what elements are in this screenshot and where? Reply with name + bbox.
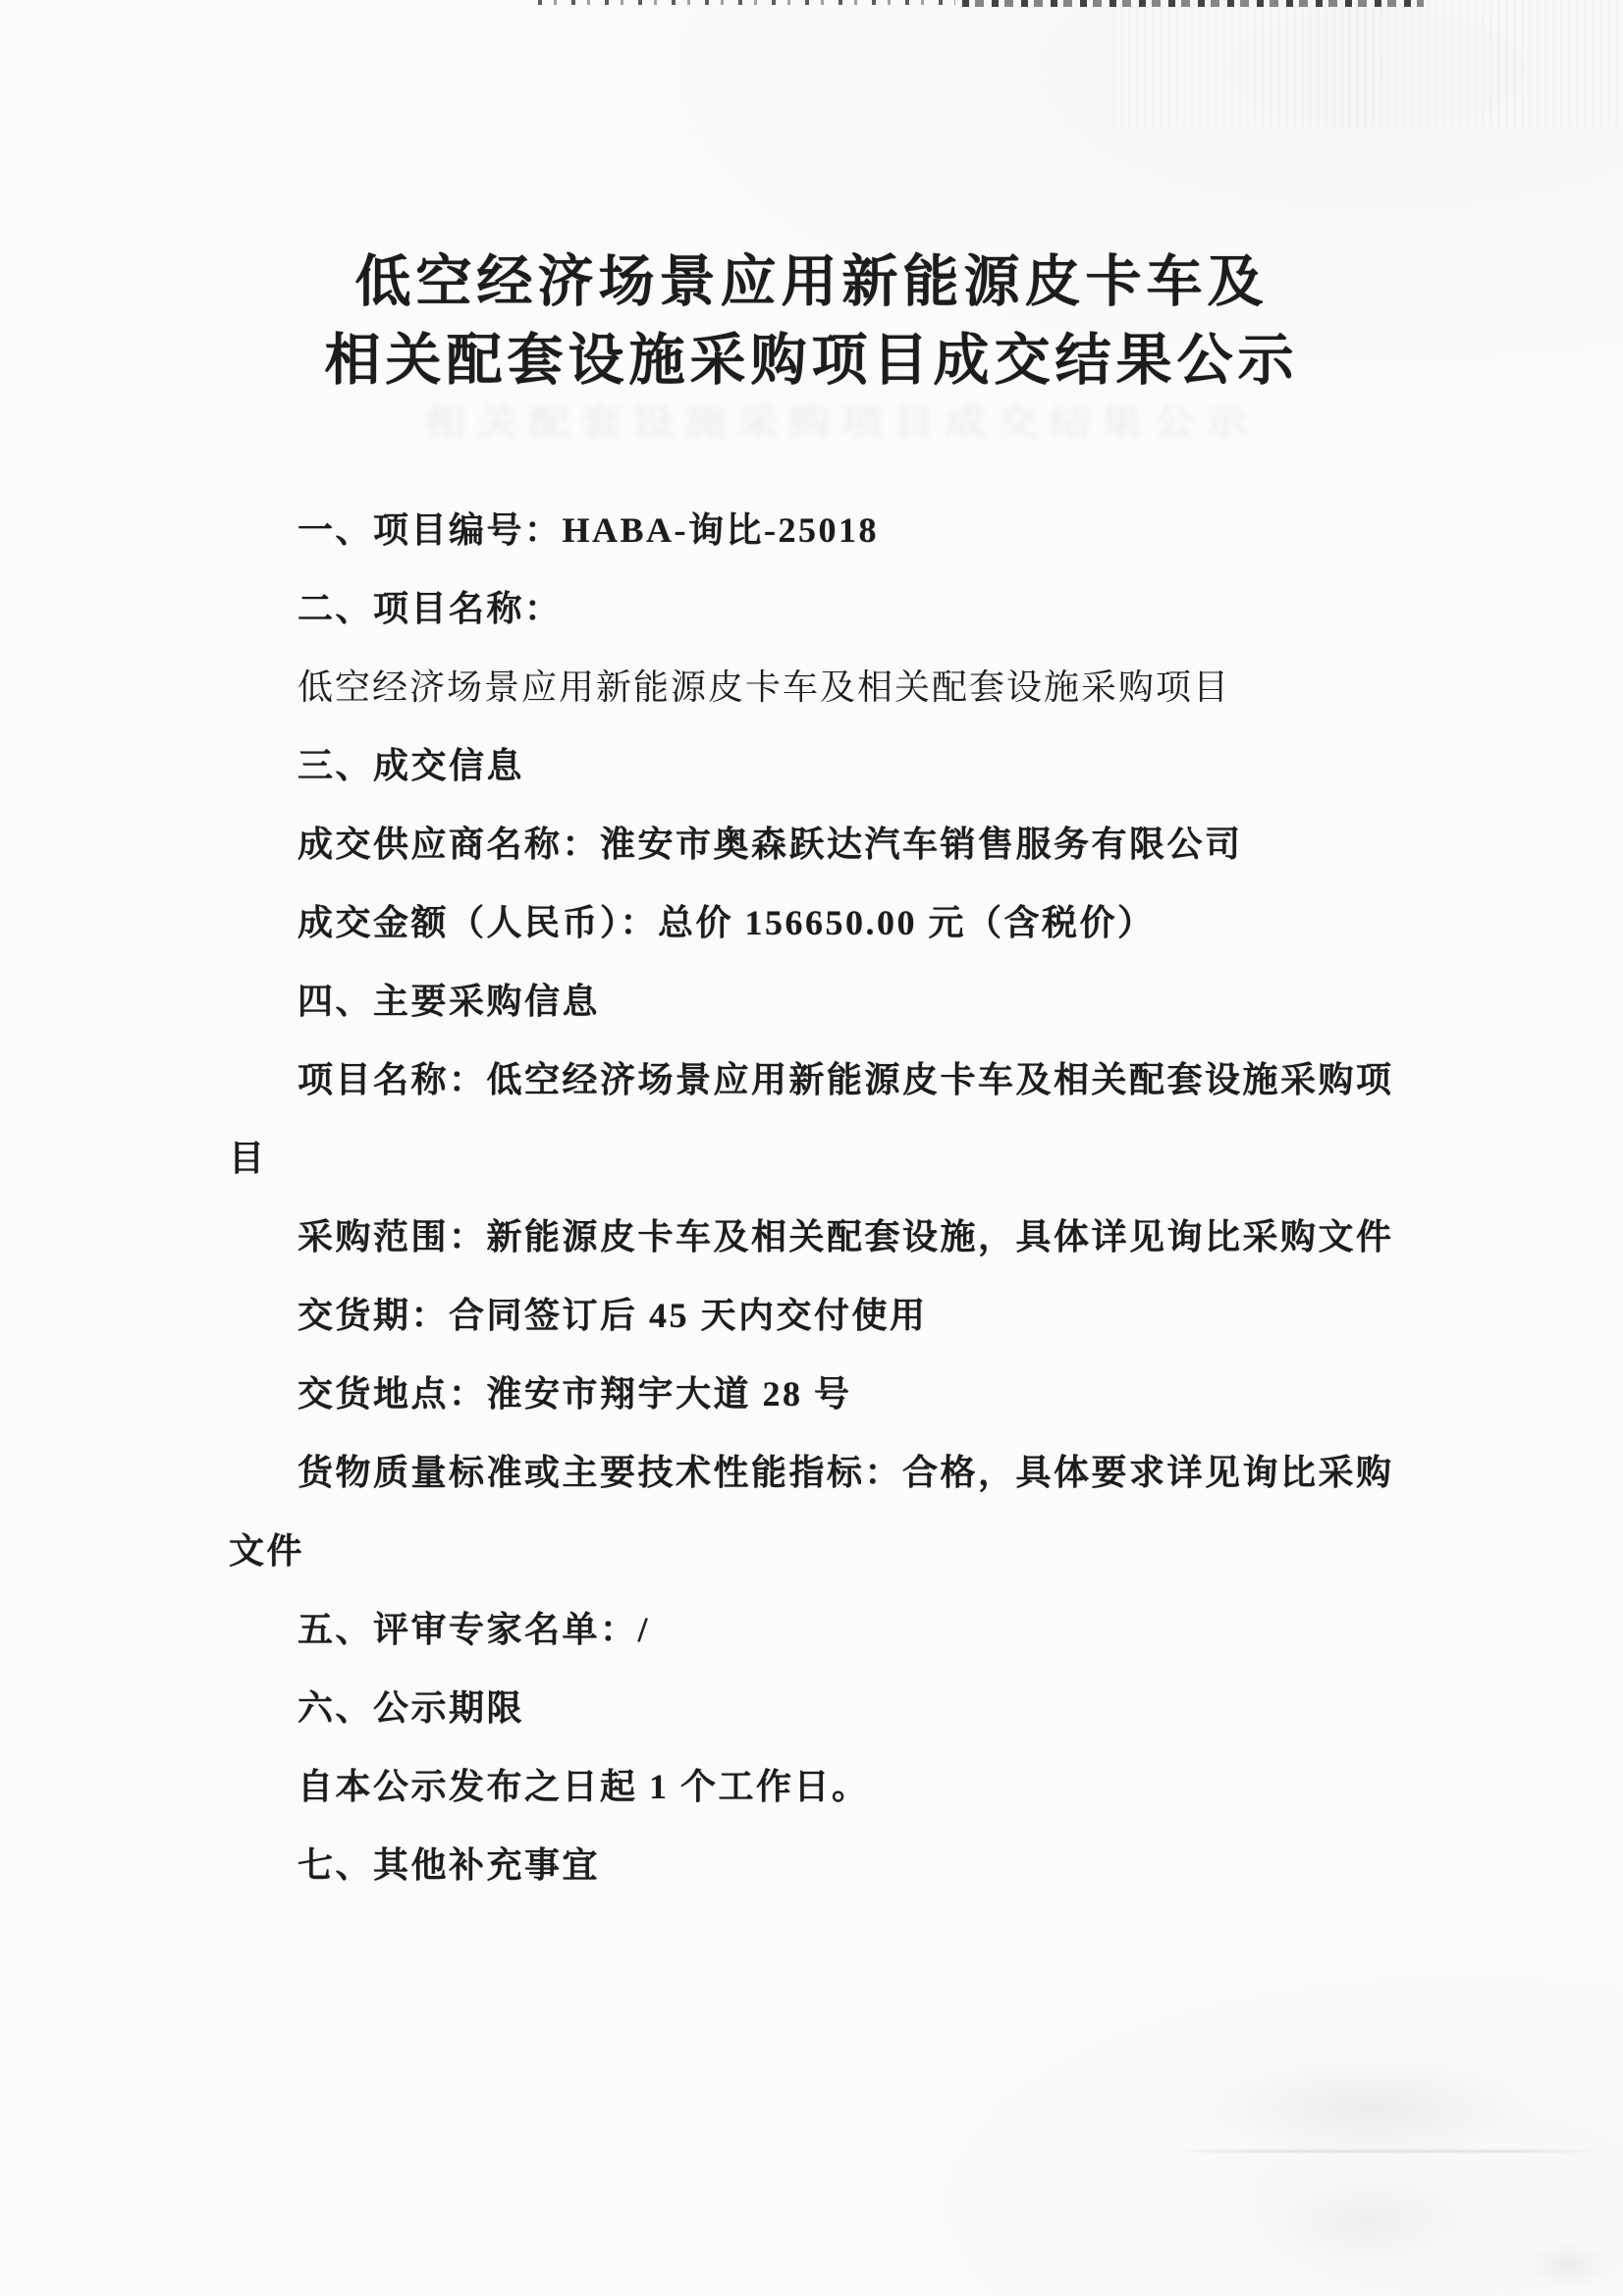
line-procurement-project-name-1: 项目名称：低空经济场景应用新能源皮卡车及相关配套设施采购项 <box>229 1041 1505 1119</box>
document-title-line-1: 低空经济场景应用新能源皮卡车及 <box>0 243 1623 322</box>
line-delivery-place: 交货地点：淮安市翔宇大道 28 号 <box>229 1355 1505 1433</box>
line-procurement-project-name-2: 目 <box>229 1119 1505 1198</box>
bleed-through-ghost-text: 相关配套设施采购项目成交结果公示 <box>29 396 1623 446</box>
scan-artifact-top-right-streaks <box>1112 0 1623 128</box>
scan-smudge-bottom-right-1 <box>1203 2056 1537 2160</box>
line-award-amount: 成交金额（人民币）：总价 156650.00 元（含税价） <box>229 883 1505 962</box>
line-project-number: 一、项目编号：HABA-询比-25018 <box>229 491 1505 569</box>
line-awarded-supplier: 成交供应商名称：淮安市奥森跃达汽车销售服务有限公司 <box>229 805 1505 883</box>
document-title-line-2: 相关配套设施采购项目成交结果公示 <box>0 322 1623 400</box>
scanned-document-page: { "document": { "title": [ "低空经济场景应用新能源皮… <box>0 0 1623 2296</box>
line-procurement-info-header: 四、主要采购信息 <box>229 962 1505 1041</box>
scan-smudge-bottom-right-2 <box>1262 2174 1473 2268</box>
line-project-name-header: 二、项目名称： <box>229 569 1505 648</box>
document-title: 低空经济场景应用新能源皮卡车及 相关配套设施采购项目成交结果公示 <box>0 243 1623 400</box>
project-number-value: HABA-询比-25018 <box>563 510 880 550</box>
review-experts-label: 五、评审专家名单： <box>298 1610 638 1649</box>
line-quality-standard-2: 文件 <box>229 1512 1505 1590</box>
scan-smudge-bottom-right-line <box>1173 2150 1605 2153</box>
line-publicity-period-header: 六、公示期限 <box>229 1669 1505 1747</box>
line-other-matters-header: 七、其他补充事宜 <box>229 1826 1505 1904</box>
review-experts-value: / <box>638 1610 651 1649</box>
line-award-info-header: 三、成交信息 <box>229 726 1505 805</box>
document-body: 一、项目编号：HABA-询比-25018 二、项目名称： 低空经济场景应用新能源… <box>229 491 1505 1904</box>
line-delivery-period: 交货期：合同签订后 45 天内交付使用 <box>229 1276 1505 1355</box>
project-number-label: 一、项目编号： <box>298 510 563 550</box>
line-procurement-scope: 采购范围：新能源皮卡车及相关配套设施，具体详见询比采购文件 <box>229 1198 1505 1276</box>
scan-artifact-top-edge-left <box>538 0 955 5</box>
line-project-name-value: 低空经济场景应用新能源皮卡车及相关配套设施采购项目 <box>229 648 1505 726</box>
line-publicity-period-body: 自本公示发布之日起 1 个工作日。 <box>229 1747 1505 1826</box>
line-quality-standard-1: 货物质量标准或主要技术性能指标：合格，具体要求详见询比采购 <box>229 1433 1505 1512</box>
line-review-experts: 五、评审专家名单：/ <box>229 1590 1505 1669</box>
scan-smudge-bottom-right-3 <box>1522 2243 1615 2287</box>
